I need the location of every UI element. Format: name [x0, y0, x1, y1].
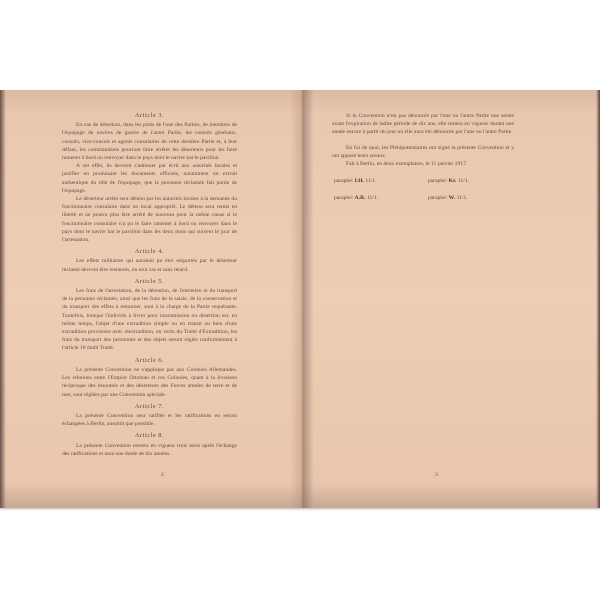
signature-initials: paraphé: Kr. 11/1.	[428, 177, 508, 185]
left-page-text: Article 3. En cas de désertion, dans les…	[62, 112, 237, 458]
article-4-paragraph: Les effets militaires qui auraient pu êt…	[62, 257, 237, 273]
signature-initials: paraphé: A.R. 11/1.	[334, 194, 414, 202]
signature-initials: paraphé: I.H. 11/1.	[334, 177, 414, 185]
signature-row: paraphé: I.H. 11/1. paraphé: Kr. 11/1.	[332, 177, 514, 185]
article-7-paragraph: La présente Convention sera ratifiée et …	[62, 412, 237, 428]
article-3-paragraph: Le déserteur arrêté sera détenu par les …	[62, 195, 237, 244]
article-8-title: Article 8.	[62, 432, 237, 440]
signature-row: paraphé: A.R. 11/1. paraphé: W. 11/1.	[332, 194, 514, 202]
left-page: Article 3. En cas de désertion, dans les…	[0, 90, 302, 508]
article-6-paragraph: La présente Convention ne s'applique pas…	[62, 366, 237, 399]
article-3-title: Article 3.	[62, 112, 237, 120]
document-spread: Article 3. En cas de désertion, dans les…	[0, 90, 600, 508]
article-4-title: Article 4.	[62, 248, 237, 256]
article-3-paragraph: A cet effet, ils devront s'adresser par …	[62, 162, 237, 195]
page-number: 3	[435, 472, 438, 478]
article-6-title: Article 6.	[62, 357, 237, 365]
signing-clause: En foi de quoi, les Plénipotentiaires on…	[332, 144, 514, 160]
termination-clause: Si la Convention n'est pas dénoncée par …	[332, 112, 514, 137]
article-3-paragraph: En cas de désertion, dans les ports de l…	[62, 121, 237, 162]
signature-initials: paraphé: W. 11/1.	[428, 194, 508, 202]
article-5-title: Article 5.	[62, 278, 237, 286]
right-page: Si la Convention n'est pas dénoncée par …	[302, 90, 600, 508]
right-page-text: Si la Convention n'est pas dénoncée par …	[332, 112, 514, 203]
place-date: Fait à Berlin, en deux exemplaires, le 1…	[332, 160, 514, 168]
article-8-paragraph: La présente Convention entrera en vigueu…	[62, 442, 237, 458]
article-5-paragraph: Les frais de l'arrestation, de la détent…	[62, 287, 237, 353]
article-7-title: Article 7.	[62, 403, 237, 411]
page-number: 2	[161, 472, 164, 478]
